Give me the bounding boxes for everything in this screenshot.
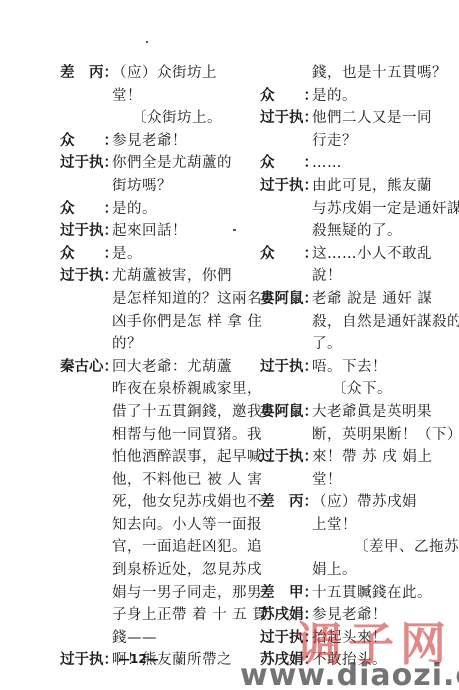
line-text: 起來回話！ bbox=[112, 223, 187, 239]
line-text: 娟上。 bbox=[312, 562, 357, 578]
speaker-label: 过于执： bbox=[260, 175, 312, 198]
line-text: 尤葫蘆被害，你們 bbox=[112, 268, 232, 284]
line-text: 到泉桥近处，忽見苏戌 bbox=[112, 562, 262, 578]
continuation-line: 子身上正帶 着 十 五 貫 bbox=[60, 604, 248, 627]
continuation-line: 殺，自然是通奸謀殺的 bbox=[260, 311, 448, 334]
line-text: 官，一面追赶凶犯。追 bbox=[112, 539, 262, 555]
continuation-line: 堂！ bbox=[260, 469, 448, 492]
continuation-line: 了。 bbox=[260, 333, 448, 356]
line-text: 凶手你們是怎 样 拿 住 bbox=[112, 314, 262, 330]
continuation-line: 娟与一男子同走，那男 bbox=[60, 582, 248, 605]
speaker-label: 过于执： bbox=[60, 220, 112, 243]
line-text: 知去向。小人等一面报 bbox=[112, 517, 262, 533]
line-text: 上堂！ bbox=[312, 517, 357, 533]
line-text: 街坊嗎？ bbox=[112, 178, 172, 194]
continuation-line: 殺無疑的了。 bbox=[260, 220, 448, 243]
line-text: 是的。 bbox=[112, 201, 157, 217]
line-text: 回大老爺：尤葫蘆 bbox=[112, 359, 232, 375]
continuation-line: 怕他酒醉誤事，起早喊 bbox=[60, 446, 248, 469]
line-text: …… bbox=[312, 155, 342, 171]
stage-direction: 〔众街坊上。 bbox=[60, 107, 248, 130]
dialogue-line: 众 ：是的。 bbox=[260, 85, 448, 108]
line-text: 你們全是尤葫蘆的 bbox=[112, 155, 232, 171]
line-text: 錢—— bbox=[112, 630, 157, 646]
line-text: 殺無疑的了。 bbox=[312, 223, 402, 239]
continuation-line: 知去向。小人等一面报 bbox=[60, 514, 248, 537]
continuation-line: 行走？ bbox=[260, 130, 448, 153]
speaker-label: 婁阿鼠： bbox=[260, 288, 312, 311]
line-text: 〔众下。 bbox=[332, 381, 392, 397]
continuation-line: 官，一面追赶凶犯。追 bbox=[60, 536, 248, 559]
watermark-url: www.diaozi.com bbox=[240, 658, 459, 690]
continuation-line: 到泉桥近处，忽見苏戌 bbox=[60, 559, 248, 582]
speaker-label: 秦古心： bbox=[60, 356, 112, 379]
dialogue-line: 过于执：起來回話！ bbox=[60, 220, 248, 243]
line-text: 堂！ bbox=[112, 88, 142, 104]
continuation-line: 借了十五貫銅錢，邀我 bbox=[60, 401, 248, 424]
dialogue-line: 婁阿鼠：老爺 說是 通奸 謀 bbox=[260, 288, 448, 311]
continuation-line: 断，英明果断！（下） bbox=[260, 424, 448, 447]
continuation-line: 說！ bbox=[260, 265, 448, 288]
line-text: （应）众街坊上 bbox=[112, 65, 217, 81]
speaker-label: 过于执： bbox=[260, 356, 312, 379]
line-text: 他，不料他已 被 人 害 bbox=[112, 472, 262, 488]
dialogue-line: 婁阿鼠：大老爺眞是英明果 bbox=[260, 401, 448, 424]
speaker-label: 众 ： bbox=[60, 130, 112, 153]
dialogue-line: 众 ：参見老爺！ bbox=[60, 130, 248, 153]
continuation-line: 他，不料他已 被 人 害 bbox=[60, 469, 248, 492]
speaker-label: 过于执： bbox=[60, 649, 112, 672]
dialogue-line: 过于执：他們二人又是一同 bbox=[260, 107, 448, 130]
speaker-label: 过于执： bbox=[260, 446, 312, 469]
line-text: 〔众街坊上。 bbox=[132, 110, 222, 126]
speaker-label: 过于执： bbox=[60, 265, 112, 288]
right-column: 錢，也是十五貫嗎？众 ：是的。过于执：他們二人又是一同行走？众 ：……过于执：由… bbox=[260, 62, 448, 672]
continuation-line: 相帮与他一同買猪。我 bbox=[60, 424, 248, 447]
line-text: 参見老爺！ bbox=[112, 133, 187, 149]
line-text: 說！ bbox=[312, 268, 342, 284]
dialogue-line: 差 丙：（应）众街坊上 bbox=[60, 62, 248, 85]
continuation-line: 的？ bbox=[60, 333, 248, 356]
dialogue-line: 过于执：由此可見，熊友蘭 bbox=[260, 175, 448, 198]
continuation-line: 錢，也是十五貫嗎？ bbox=[260, 62, 448, 85]
speaker-label: 过于执： bbox=[60, 152, 112, 175]
line-text: 由此可見，熊友蘭 bbox=[312, 178, 432, 194]
line-text: 昨夜在泉桥親戚家里， bbox=[112, 381, 262, 397]
line-text: 大老爺眞是英明果 bbox=[312, 404, 432, 420]
line-text: 〔差甲、乙拖苏戌 bbox=[354, 539, 459, 555]
dialogue-line: 差 丙：（应）帶苏戌娟 bbox=[260, 491, 448, 514]
line-text: 錢，也是十五貫嗎？ bbox=[312, 65, 447, 81]
continuation-line: 与苏戌娟一定是通奸謀 bbox=[260, 198, 448, 221]
speaker-label: 差 甲： bbox=[260, 582, 312, 605]
continuation-line: 凶手你們是怎 样 拿 住 bbox=[60, 311, 248, 334]
speaker-label: 婁阿鼠： bbox=[260, 401, 312, 424]
line-text: 相帮与他一同買猪。我 bbox=[112, 427, 262, 443]
line-text: 子身上正帶 着 十 五 貫 bbox=[112, 607, 267, 623]
line-text: 与苏戌娟一定是通奸謀 bbox=[312, 201, 459, 217]
line-text: 的？ bbox=[112, 336, 142, 352]
continuation-line: 昨夜在泉桥親戚家里， bbox=[60, 378, 248, 401]
speaker-label: 众 ： bbox=[260, 85, 312, 108]
line-text: 借了十五貫銅錢，邀我 bbox=[112, 404, 262, 420]
line-text: 堂！ bbox=[312, 472, 342, 488]
speaker-label: 众 ： bbox=[60, 243, 112, 266]
continuation-line: 是怎样知道的？这兩名 bbox=[60, 288, 248, 311]
line-text: 是。 bbox=[112, 246, 142, 262]
line-text: 殺，自然是通奸謀殺的 bbox=[312, 314, 459, 330]
speaker-label: 众 ： bbox=[260, 243, 312, 266]
speaker-label: 过于执： bbox=[260, 107, 312, 130]
line-text: 來！帶 苏 戌 娟上 bbox=[312, 449, 432, 465]
line-text: 怕他酒醉誤事，起早喊 bbox=[112, 449, 262, 465]
continuation-line: 錢—— bbox=[60, 627, 248, 650]
continuation-line: 娟上。 bbox=[260, 559, 448, 582]
line-text: （应）帶苏戌娟 bbox=[312, 494, 417, 510]
line-text: 是的。 bbox=[312, 88, 357, 104]
dialogue-line: 过于执：來！帶 苏 戌 娟上 bbox=[260, 446, 448, 469]
line-text: 十五貫贓錢在此。 bbox=[312, 585, 432, 601]
stage-direction: 〔差甲、乙拖苏戌 bbox=[260, 536, 448, 559]
dialogue-line: 过于执：唔。下去！ bbox=[260, 356, 448, 379]
dialogue-line: 众 ：这……小人不敢乱 bbox=[260, 243, 448, 266]
speaker-label: 差 丙： bbox=[260, 491, 312, 514]
speaker-label: 差 丙： bbox=[60, 62, 112, 85]
continuation-line: 堂！ bbox=[60, 85, 248, 108]
line-text: 是怎样知道的？这兩名 bbox=[112, 291, 262, 307]
line-text: 断，英明果断！（下） bbox=[312, 427, 459, 443]
line-text: 行走？ bbox=[312, 133, 357, 149]
dialogue-line: 过于执：你們全是尤葫蘆的 bbox=[60, 152, 248, 175]
speaker-label: 众 ： bbox=[260, 152, 312, 175]
dialogue-line: 众 ：是的。 bbox=[60, 198, 248, 221]
print-speck bbox=[233, 229, 236, 231]
line-text: 他們二人又是一同 bbox=[312, 110, 432, 126]
dialogue-line: 秦古心：回大老爺：尤葫蘆 bbox=[60, 356, 248, 379]
line-text: 了。 bbox=[312, 336, 342, 352]
stage-direction: 〔众下。 bbox=[260, 378, 448, 401]
dialogue-line: 过于执：尤葫蘆被害，你們 bbox=[60, 265, 248, 288]
continuation-line: 街坊嗎？ bbox=[60, 175, 248, 198]
dialogue-line: 差 甲：十五貫贓錢在此。 bbox=[260, 582, 448, 605]
continuation-line: 上堂！ bbox=[260, 514, 448, 537]
line-text: 老爺 說是 通奸 謀 bbox=[312, 291, 432, 307]
line-text: 唔。下去！ bbox=[312, 359, 387, 375]
line-text: 这……小人不敢乱 bbox=[312, 246, 432, 262]
left-column: 差 丙：（应）众街坊上堂！〔众街坊上。众 ：参見老爺！过于执：你們全是尤葫蘆的街… bbox=[60, 62, 248, 672]
line-text: 死，他女兒苏戌娟也不 bbox=[112, 494, 262, 510]
line-text: 娟与一男子同走，那男 bbox=[112, 585, 262, 601]
speaker-label: 众 ： bbox=[60, 198, 112, 221]
continuation-line: 死，他女兒苏戌娟也不 bbox=[60, 491, 248, 514]
dialogue-line: 众 ：是。 bbox=[60, 243, 248, 266]
print-speck bbox=[146, 41, 148, 43]
page-number: —12— bbox=[118, 652, 159, 666]
dialogue-line: 众 ：…… bbox=[260, 152, 448, 175]
